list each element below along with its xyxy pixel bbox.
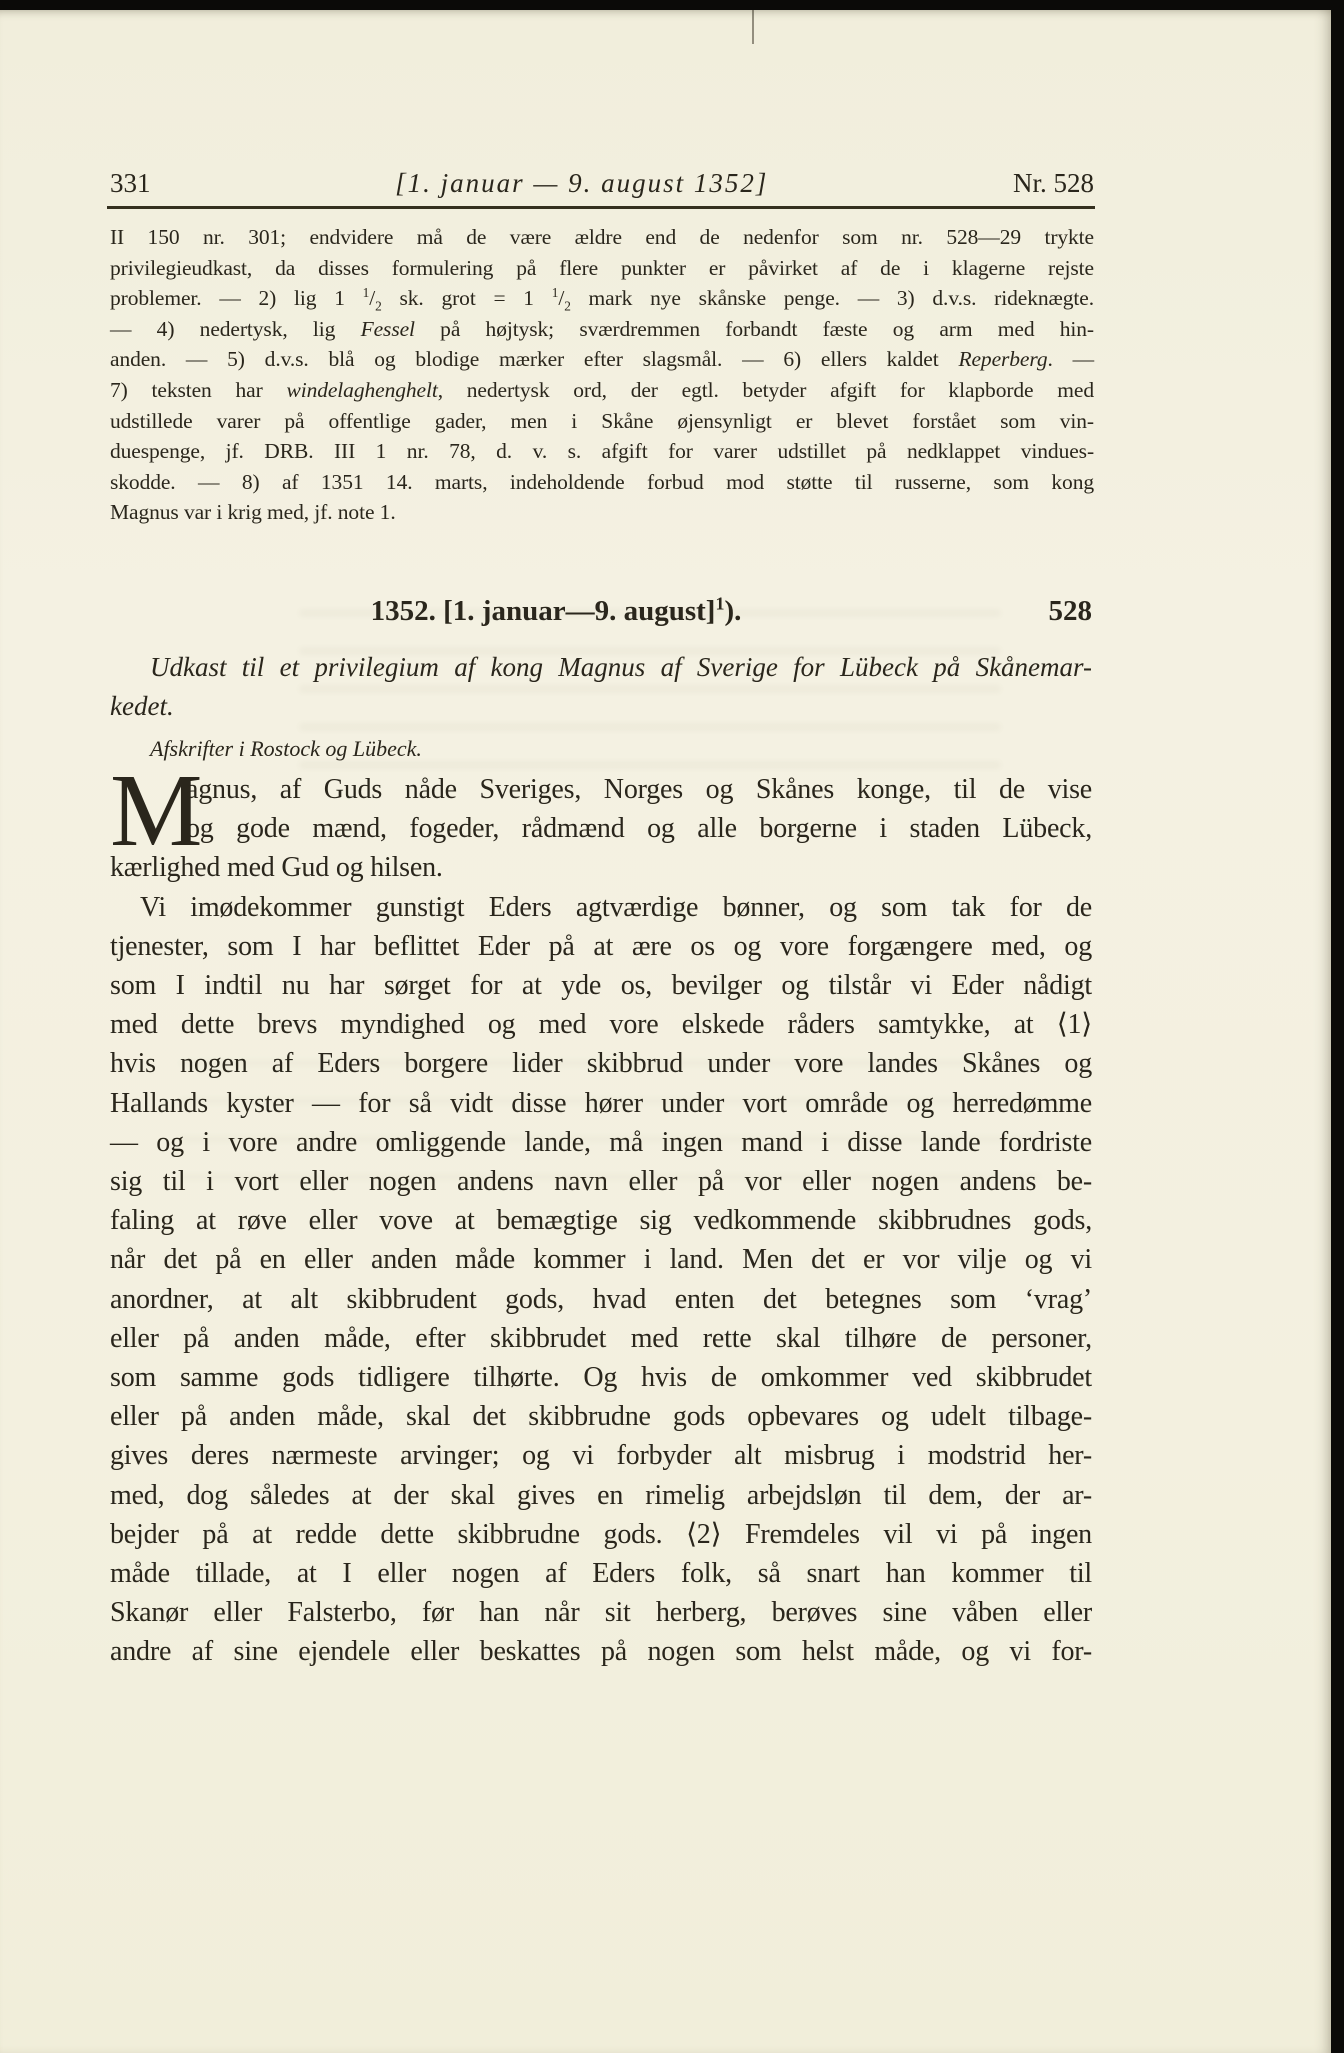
text-segment: kedet.	[110, 691, 174, 721]
text-segment: hvis nogen af Eders borgere lider skibbr…	[110, 1048, 1092, 1079]
page-header: 331 [1. januar — 9. august 1352] Nr. 528	[110, 168, 1094, 199]
text-segment: , nedertysk ord, der egtl. betyder afgif…	[438, 378, 1094, 402]
main-paragraph: Vi imødekommer gunstigt Eders agtværdige…	[110, 888, 1092, 1672]
text-line: anden. — 5) d.v.s. blå og blodige mærker…	[110, 344, 1094, 375]
text-segment: på højtysk; sværdremmen forbandt fæste o…	[415, 317, 1094, 341]
text-line: når det på en eller anden måde kommer i …	[110, 1240, 1092, 1279]
text-line: bejder på at redde dette skibbrudne gods…	[110, 1515, 1092, 1554]
text-segment: Magnus var i krig med, jf. note 1.	[110, 500, 396, 524]
text-segment: faling at røve eller vove at bemægtige s…	[110, 1205, 1092, 1236]
salutation-paragraph: M agnus, af Guds nåde Sveriges, Norges o…	[110, 770, 1092, 888]
text-segment: agnus, af Guds nåde Sveriges, Norges og …	[186, 774, 1092, 805]
text-segment: anordner, at alt skibbrudent gods, hvad …	[110, 1284, 1092, 1315]
text-line: II 150 nr. 301; endvidere må de være æld…	[110, 222, 1094, 253]
text-segment: andre af sine ejendele eller beskattes p…	[110, 1636, 1092, 1667]
text-segment: 1352. [1. januar—9. august]	[371, 595, 716, 627]
document-body: M agnus, af Guds nåde Sveriges, Norges o…	[110, 770, 1092, 1672]
text-segment: eller på anden måde, skal det skibbrudne…	[110, 1401, 1092, 1432]
text-line: 7) teksten har windelaghenghelt, nederty…	[110, 375, 1094, 406]
page-paper: 331 [1. januar — 9. august 1352] Nr. 528…	[0, 10, 1331, 2053]
text-segment: og gode mænd, fogeder, rådmænd og alle b…	[186, 813, 1092, 844]
text-line: skodde. — 8) af 1351 14. marts, indehold…	[110, 467, 1094, 498]
text-segment: anden. — 5) d.v.s. blå og blodige mærker…	[110, 347, 958, 371]
text-line: anordner, at alt skibbrudent gods, hvad …	[110, 1280, 1092, 1319]
text-line: kærlighed med Gud og hilsen.	[110, 848, 1092, 887]
text-segment: tjenester, som I har beflittet Eder på a…	[110, 931, 1092, 962]
text-line: privilegieudkast, da disses formulering …	[110, 253, 1094, 284]
text-line: med dette brevs myndighed og med vore el…	[110, 1005, 1092, 1044]
crease-mark	[752, 10, 754, 44]
document-summary: Udkast til et privilegium af kong Magnus…	[110, 648, 1092, 726]
text-line: problemer. — 2) lig 1 1/2 sk. grot = 1 1…	[110, 283, 1094, 314]
text-segment: windelaghenghelt	[286, 378, 437, 402]
text-segment: sk. grot = 1	[382, 286, 552, 310]
scanned-book-page: { "header": { "page_number": "331", "run…	[0, 0, 1344, 2053]
text-segment: 2	[375, 298, 382, 313]
text-segment: problemer. — 2) lig 1	[110, 286, 363, 310]
text-line: eller på anden måde, efter skibbrudet me…	[110, 1319, 1092, 1358]
text-line: og gode mænd, fogeder, rådmænd og alle b…	[110, 809, 1092, 848]
text-line: eller på anden måde, skal det skibbrudne…	[110, 1397, 1092, 1436]
text-line: Magnus var i krig med, jf. note 1.	[110, 497, 1094, 528]
text-segment: måde tillade, at I eller nogen af Eders …	[110, 1558, 1092, 1589]
footnote-block: II 150 nr. 301; endvidere må de være æld…	[110, 222, 1094, 528]
text-line: tjenester, som I har beflittet Eder på a…	[110, 927, 1092, 966]
text-segment: — 4) nedertysk, lig	[110, 317, 361, 341]
text-segment: Vi imødekommer gunstigt Eders agtværdige…	[140, 892, 1092, 923]
text-segment: når det på en eller anden måde kommer i …	[110, 1244, 1092, 1275]
text-line: Hallands kyster — for så vidt disse høre…	[110, 1084, 1092, 1123]
text-segment: gives deres nærmeste arvinger; og vi for…	[110, 1440, 1092, 1471]
text-segment: som I indtil nu har sørget for at yde os…	[110, 970, 1092, 1001]
text-segment: . —	[1048, 347, 1095, 371]
text-line: Vi imødekommer gunstigt Eders agtværdige…	[110, 888, 1092, 927]
text-segment: med dette brevs myndighed og med vore el…	[110, 1009, 1092, 1040]
page-number: 331	[110, 168, 151, 199]
drop-cap-initial: M	[110, 770, 186, 848]
text-line: udstillede varer på offentlige gader, me…	[110, 406, 1094, 437]
text-line: gives deres nærmeste arvinger; og vi for…	[110, 1436, 1092, 1475]
text-line: Udkast til et privilegium af kong Magnus…	[110, 648, 1092, 687]
text-line: kedet.	[110, 687, 1092, 726]
text-line: måde tillade, at I eller nogen af Eders …	[110, 1554, 1092, 1593]
text-segment: 2	[564, 298, 571, 313]
text-segment: II 150 nr. 301; endvidere må de være æld…	[110, 225, 1094, 249]
text-line: med, dog således at der skal gives en ri…	[110, 1476, 1092, 1515]
text-line: som I indtil nu har sørget for at yde os…	[110, 966, 1092, 1005]
text-segment: kærlighed med Gud og hilsen.	[110, 852, 443, 883]
text-segment: Reperberg	[958, 347, 1047, 371]
text-segment: skodde. — 8) af 1351 14. marts, indehold…	[110, 470, 1094, 494]
text-line: andre af sine ejendele eller beskattes p…	[110, 1632, 1092, 1671]
text-segment: 7) teksten har	[110, 378, 286, 402]
text-segment: Skanør eller Falsterbo, før han når sit …	[110, 1597, 1092, 1628]
text-line: som samme gods tidligere tilhørte. Og hv…	[110, 1358, 1092, 1397]
text-segment: Fessel	[361, 317, 415, 341]
document-number: 528	[1049, 595, 1093, 628]
text-line: — og i vore andre omliggende lande, må i…	[110, 1123, 1092, 1162]
text-line: duespenge, jf. DRB. III 1 nr. 78, d. v. …	[110, 436, 1094, 467]
document-heading: 1352. [1. januar—9. august]1). 528	[110, 595, 1092, 628]
text-segment: med, dog således at der skal gives en ri…	[110, 1480, 1092, 1511]
text-segment: duespenge, jf. DRB. III 1 nr. 78, d. v. …	[110, 439, 1094, 463]
text-segment: ).	[724, 595, 741, 627]
text-segment: bejder på at redde dette skibbrudne gods…	[110, 1519, 1092, 1550]
running-title: [1. januar — 9. august 1352]	[395, 168, 768, 199]
document-date-heading: 1352. [1. januar—9. august]1).	[110, 595, 1092, 628]
text-segment: Udkast til et privilegium af kong Magnus…	[150, 652, 1092, 682]
text-line: sig til i vort eller nogen andens navn e…	[110, 1162, 1092, 1201]
header-rule	[107, 206, 1095, 209]
text-line: — 4) nedertysk, lig Fessel på højtysk; s…	[110, 314, 1094, 345]
text-segment: — og i vore andre omliggende lande, må i…	[110, 1127, 1092, 1158]
text-segment: privilegieudkast, da disses formulering …	[110, 256, 1094, 280]
text-segment: sig til i vort eller nogen andens navn e…	[110, 1166, 1092, 1197]
text-segment: mark nye skånske penge. — 3) d.v.s. ride…	[571, 286, 1094, 310]
header-document-number: Nr. 528	[1013, 168, 1094, 199]
text-segment: Hallands kyster — for så vidt disse høre…	[110, 1088, 1092, 1119]
text-line: faling at røve eller vove at bemægtige s…	[110, 1201, 1092, 1240]
text-segment: eller på anden måde, efter skibbrudet me…	[110, 1323, 1092, 1354]
text-line: agnus, af Guds nåde Sveriges, Norges og …	[110, 770, 1092, 809]
text-line: Skanør eller Falsterbo, før han når sit …	[110, 1593, 1092, 1632]
text-segment: som samme gods tidligere tilhørte. Og hv…	[110, 1362, 1092, 1393]
text-segment: udstillede varer på offentlige gader, me…	[110, 409, 1094, 433]
text-line: hvis nogen af Eders borgere lider skibbr…	[110, 1044, 1092, 1083]
salutation-lines: agnus, af Guds nåde Sveriges, Norges og …	[110, 770, 1092, 888]
